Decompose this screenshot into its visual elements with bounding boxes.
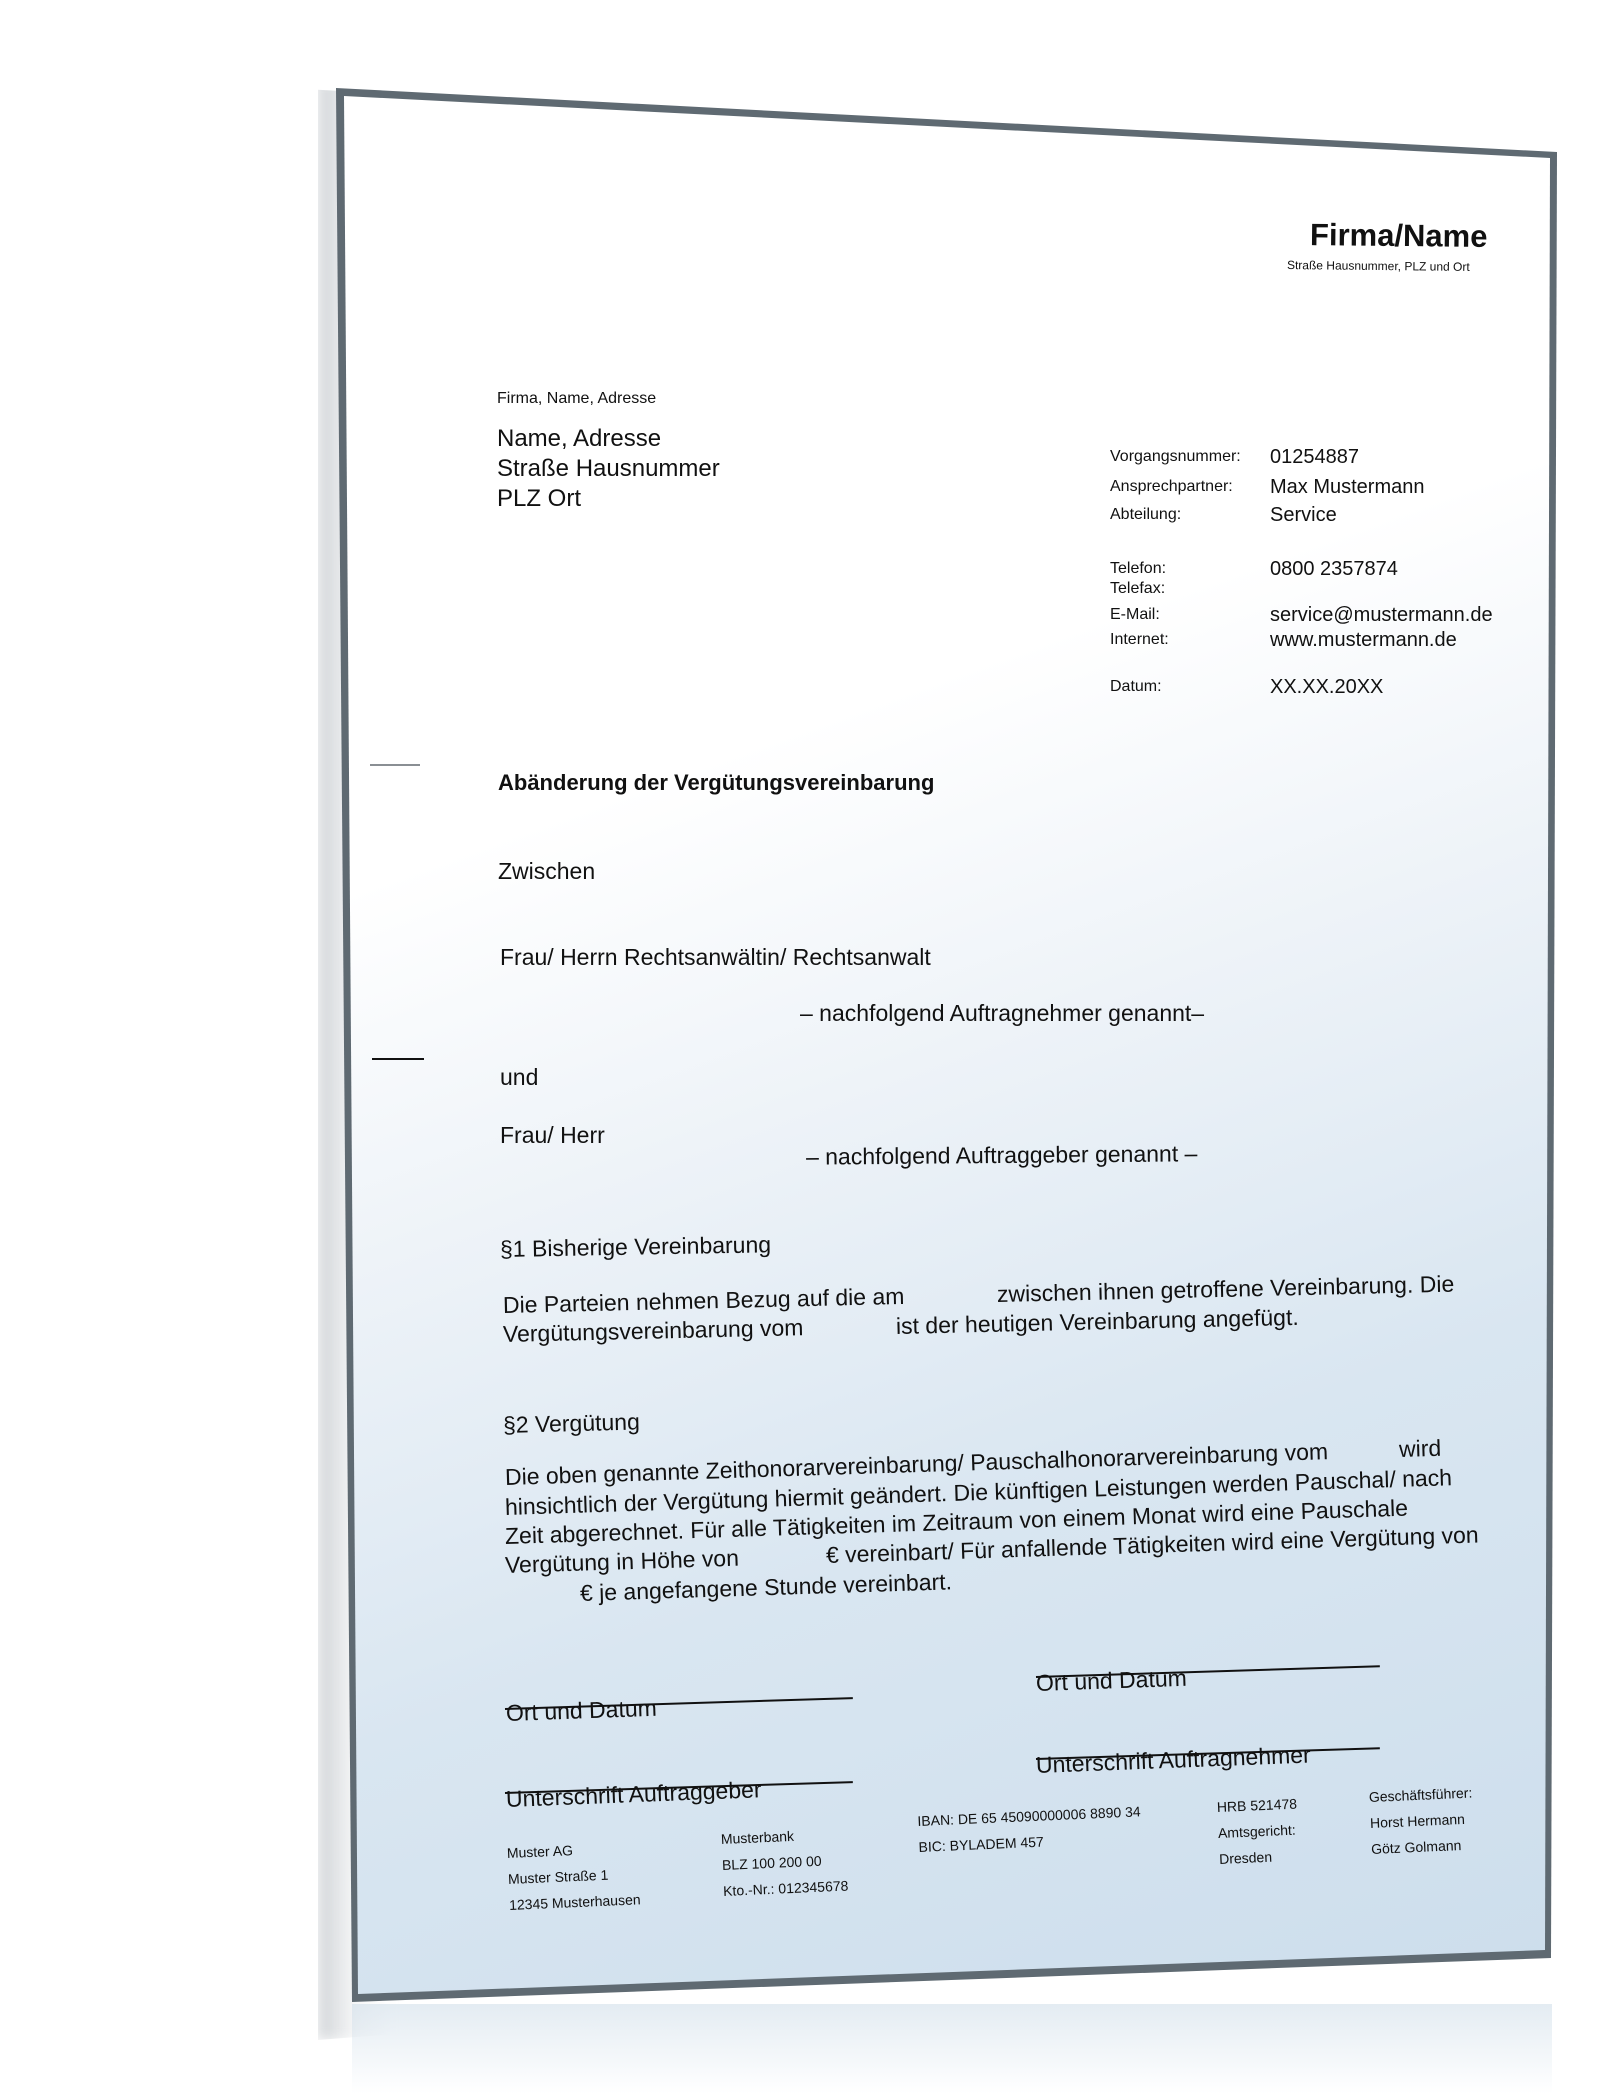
info-value: Max Mustermann	[1270, 476, 1425, 499]
info-label: Ansprechpartner:	[1110, 478, 1270, 496]
section2-heading: §2 Vergütung	[503, 1408, 641, 1439]
party-contractor-role: – nachfolgend Auftragnehmer genannt–	[800, 1000, 1204, 1027]
party-contractor: Frau/ Herrn Rechtsanwältin/ Rechtsanwalt	[500, 944, 931, 971]
footer-manager-2: Götz Golmann	[1371, 1831, 1476, 1861]
footer-address: Muster AG Muster Straße 1 12345 Musterha…	[506, 1834, 641, 1918]
info-value: XX.XX.20XX	[1270, 676, 1383, 699]
document-title: Abänderung der Vergütungsvereinbarung	[498, 770, 934, 796]
info-label: Abteilung:	[1110, 506, 1270, 524]
and-label: und	[500, 1064, 538, 1091]
footer-court-label: Amtsgericht:	[1217, 1817, 1298, 1846]
section2-line1-end: wird	[1399, 1435, 1442, 1463]
footer-register: HRB 521478 Amtsgericht: Dresden	[1216, 1791, 1299, 1872]
footer-iban: IBAN: DE 65 45090000006 8890 34 BIC: BYL…	[917, 1798, 1142, 1860]
company-name: Firma/Name	[1310, 217, 1488, 255]
recipient-line-3: PLZ Ort	[497, 484, 720, 514]
info-value: 0800 2357874	[1270, 558, 1398, 581]
page-reflection	[352, 2004, 1552, 2094]
company-address: Straße Hausnummer, PLZ und Ort	[1287, 258, 1470, 274]
info-value[interactable]: service@mustermann.de	[1270, 604, 1493, 627]
sender-line: Firma, Name, Adresse	[497, 390, 656, 408]
fold-mark-top	[370, 764, 420, 766]
recipient-line-1: Name, Adresse	[497, 424, 720, 454]
party-client: Frau/ Herr	[500, 1122, 605, 1149]
left-place-date-label: Ort und Datum	[506, 1695, 658, 1727]
recipient-line-2: Straße Hausnummer	[497, 454, 720, 484]
footer-account-number: Kto.-Nr.: 012345678	[723, 1873, 849, 1904]
between-label: Zwischen	[498, 858, 595, 885]
fold-mark-middle	[372, 1058, 424, 1060]
recipient-address: Name, Adresse Straße Hausnummer PLZ Ort	[497, 424, 720, 514]
footer-court-city: Dresden	[1219, 1842, 1300, 1871]
footer-hrb: HRB 521478	[1216, 1791, 1297, 1820]
info-label: E-Mail:	[1110, 606, 1270, 624]
section1-heading: §1 Bisherige Vereinbarung	[500, 1231, 772, 1263]
footer-management: Geschäftsführer: Horst Hermann Götz Golm…	[1368, 1780, 1475, 1862]
info-label: Vorgangsnummer:	[1110, 448, 1270, 466]
info-value[interactable]: www.mustermann.de	[1270, 629, 1457, 652]
right-place-date-label: Ort und Datum	[1036, 1665, 1188, 1697]
info-label: Telefax:	[1110, 580, 1270, 598]
info-label: Telefon:	[1110, 560, 1270, 578]
info-value: 01254887	[1270, 446, 1359, 469]
info-label: Datum:	[1110, 678, 1270, 696]
document-page	[0, 0, 1600, 2100]
info-label: Internet:	[1110, 631, 1270, 649]
party-client-role: – nachfolgend Auftraggeber genannt –	[806, 1140, 1198, 1170]
info-value: Service	[1270, 504, 1337, 527]
footer-bank: Musterbank BLZ 100 200 00 Kto.-Nr.: 0123…	[720, 1821, 849, 1904]
